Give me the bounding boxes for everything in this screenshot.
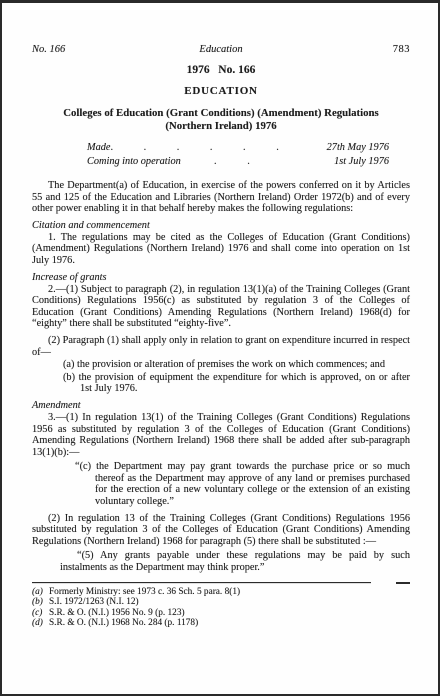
footnote-a-marker: (a) [32, 587, 49, 598]
made-date: 27th May 1976 [297, 141, 389, 155]
dates-table: Made . . . . . . . 27th May 1976 Coming … [87, 141, 389, 169]
footnote-c-marker: (c) [32, 608, 49, 619]
subject-heading: EDUCATION [32, 84, 410, 98]
footnote-b-marker: (b) [32, 597, 49, 608]
page-number: 783 [243, 43, 410, 56]
footnote-c-text: S.R. & O. (N.I.) 1956 No. 9 (p. 123) [49, 608, 410, 619]
footnote-d-marker: (d) [32, 618, 49, 629]
scanned-document-page: No. 166 Education 783 1976 No. 166 EDUCA… [0, 0, 440, 696]
footnote-c: (c) S.R. & O. (N.I.) 1956 No. 9 (p. 123) [32, 608, 410, 619]
preamble-paragraph: The Department(a) of Education, in exerc… [32, 180, 410, 215]
made-date-row: Made . . . . . . . 27th May 1976 [87, 141, 389, 155]
made-label: Made [87, 141, 110, 155]
page-content: No. 166 Education 783 1976 No. 166 EDUCA… [2, 3, 438, 629]
regulation-title: Colleges of Education (Grant Conditions)… [32, 107, 410, 133]
footnote-block: (a) Formerly Ministry: see 1973 c. 36 Sc… [32, 582, 410, 629]
section2-paragraph1: 2.—(1) Subject to paragraph (2), in regu… [32, 284, 410, 330]
operation-dot-leaders: . . [181, 155, 297, 169]
footnote-separator [32, 582, 410, 584]
made-dot-leaders: . . . . . . . [110, 141, 297, 155]
section3-quoted-subparagraph-c: “(c) the Department may pay grant toward… [95, 461, 410, 507]
regulation-title-line2: (Northern Ireland) 1976 [32, 120, 410, 133]
section3-heading: Amendment [32, 400, 410, 412]
footnote-d: (d) S.R. & O. (N.I.) 1968 No. 284 (p. 11… [32, 618, 410, 629]
footnote-rule-long [32, 582, 371, 583]
footnote-rule-short [396, 582, 410, 584]
footnote-b-text: S.I. 1972/1263 (N.I. 12) [49, 597, 410, 608]
section2-heading: Increase of grants [32, 272, 410, 284]
operation-label: Coming into operation [87, 155, 181, 169]
operation-date-row: Coming into operation . . 1st July 1976 [87, 155, 389, 169]
footnote-d-text: S.R. & O. (N.I.) 1968 No. 284 (p. 1178) [49, 618, 410, 629]
section3-paragraph2: (2) In regulation 13 of the Training Col… [32, 513, 410, 548]
running-header: No. 166 Education 783 [32, 43, 410, 56]
footnotes-list: (a) Formerly Ministry: see 1973 c. 36 Sc… [32, 587, 410, 629]
operation-date: 1st July 1976 [297, 155, 389, 169]
section1-paragraph: 1. The regulations may be cited as the C… [32, 232, 410, 267]
footnote-b: (b) S.I. 1972/1263 (N.I. 12) [32, 597, 410, 608]
section2-item-a: (a) the provision or alteration of premi… [80, 359, 410, 371]
footnote-a: (a) Formerly Ministry: see 1973 c. 36 Sc… [32, 587, 410, 598]
running-header-subject: Education [199, 43, 242, 56]
section2-paragraph2: (2) Paragraph (1) shall apply only in re… [32, 335, 410, 358]
section3-paragraph1: 3.—(1) In regulation 13(1) of the Traini… [32, 412, 410, 458]
statutory-rule-number: 1976 No. 166 [32, 63, 410, 77]
running-header-doc-number: No. 166 [32, 43, 199, 56]
section2-item-b: (b) the provision of equipment the expen… [80, 372, 410, 395]
footnote-a-text: Formerly Ministry: see 1973 c. 36 Sch. 5… [49, 587, 410, 598]
regulation-title-line1: Colleges of Education (Grant Conditions)… [32, 107, 410, 120]
section1-heading: Citation and commencement [32, 220, 410, 232]
section3-quoted-paragraph-5: “(5) Any grants payable under these regu… [60, 550, 410, 573]
